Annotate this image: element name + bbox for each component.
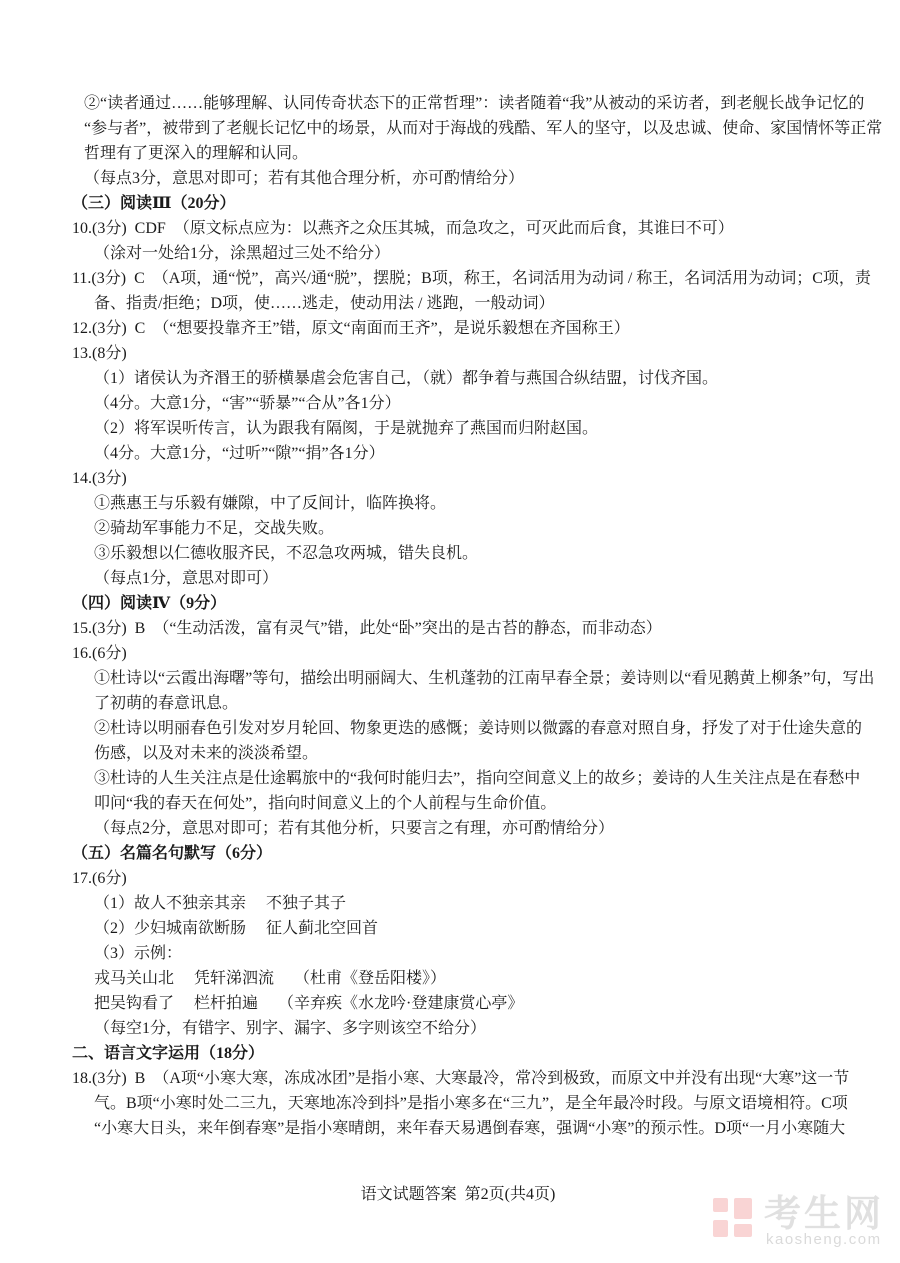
text-line: 气。B项“小寒时处二三九，天寒地冻冷到抖”是指小寒多在“三九”，是全年最冷时段。… xyxy=(72,1091,842,1116)
text-line: （2）少妇城南欲断肠 征人蓟北空回首 xyxy=(72,916,842,941)
text-line: （4分。大意1分，“害”“骄暴”“合从”各1分） xyxy=(72,391,842,416)
text-line: ①燕惠王与乐毅有嫌隙，中了反间计，临阵换将。 xyxy=(72,491,842,516)
text-line: 10.(3分) CDF （原文标点应为：以燕齐之众压其城，而急攻之，可灭此而后食… xyxy=(72,216,842,241)
text-line: （每点2分，意思对即可；若有其他分析，只要言之有理，亦可酌情给分） xyxy=(72,816,842,841)
text-line: （1）诸侯认为齐湣王的骄横暴虐会危害自己，（就）都争着与燕国合纵结盟，讨伐齐国。 xyxy=(72,366,842,391)
text-line: “小寒大日头，来年倒春寒”是指小寒晴朗，来年春天易遇倒春寒，强调“小寒”的预示性… xyxy=(72,1116,842,1141)
text-line: ③乐毅想以仁德收服齐民，不忍急攻两城，错失良机。 xyxy=(72,541,842,566)
text-line: 了初萌的春意讯息。 xyxy=(72,691,842,716)
text-line: 15.(3分) B （“生动活泼，富有灵气”错，此处“卧”突出的是古苔的静态，而… xyxy=(72,616,842,641)
text-line: 戎马关山北 凭轩涕泗流 （杜甫《登岳阳楼》） xyxy=(72,966,842,991)
watermark-site-domain: kaosheng.com xyxy=(766,1232,882,1248)
text-line: （三）阅读Ⅲ（20分） xyxy=(72,191,842,216)
watermark-site-name: 考生网 xyxy=(764,1196,884,1232)
text-line: 16.(6分) xyxy=(72,641,842,666)
text-line: “参与者”，被带到了老舰长记忆中的场景，从而对于海战的残酷、军人的坚守，以及忠诚… xyxy=(72,116,842,141)
text-line: （1）故人不独亲其亲 不独子其子 xyxy=(72,891,842,916)
logo-block xyxy=(734,1198,752,1219)
text-line: （五）名篇名句默写（6分） xyxy=(72,841,842,866)
document-lines: ②“读者通过……能够理解、认同传奇状态下的正常哲理”：读者随着“我”从被动的采访… xyxy=(72,91,842,1141)
text-line: （3）示例： xyxy=(72,941,842,966)
text-line: 12.(3分) C （“想要投靠齐王”错，原文“南面而王齐”，是说乐毅想在齐国称… xyxy=(72,316,842,341)
text-line: （2）将军误听传言，认为跟我有隔阂，于是就抛弃了燕国而归附赵国。 xyxy=(72,416,842,441)
text-line: ②骑劫军事能力不足，交战失败。 xyxy=(72,516,842,541)
text-line: 叩问“我的春天在何处”，指向时间意义上的个人前程与生命价值。 xyxy=(72,791,842,816)
text-line: 把吴钩看了 栏杆拍遍 （辛弃疾《水龙吟·登建康赏心亭》 xyxy=(72,991,842,1016)
text-line: 17.(6分) xyxy=(72,866,842,891)
text-line: ③杜诗的人生关注点是仕途羁旅中的“我何时能归去”，指向空间意义上的故乡；姜诗的人… xyxy=(72,766,842,791)
logo-block xyxy=(734,1224,752,1237)
text-line: 伤感，以及对未来的淡淡希望。 xyxy=(72,741,842,766)
text-line: 18.(3分) B （A项“小寒大寒，冻成冰团”是指小寒、大寒最冷，常冷到极致，… xyxy=(72,1066,842,1091)
text-line: 14.(3分) xyxy=(72,466,842,491)
text-line: ①杜诗以“云霞出海曙”等句，描绘出明丽阔大、生机蓬勃的江南早春全景；姜诗则以“看… xyxy=(72,666,842,691)
text-line: 备、指责/拒绝；D项，使……逃走，使动用法 / 逃跑，一般动词） xyxy=(72,291,842,316)
text-line: （四）阅读Ⅳ（9分） xyxy=(72,591,842,616)
text-line: 13.(8分) xyxy=(72,341,842,366)
text-line: （每点1分，意思对即可） xyxy=(72,566,842,591)
watermark: 考生网 kaosheng.com xyxy=(712,1196,887,1252)
text-line: （4分。大意1分，“过听”“隙”“捐”各1分） xyxy=(72,441,842,466)
text-line: ②杜诗以明丽春色引发对岁月轮回、物象更迭的感慨；姜诗则以微露的春意对照自身，抒发… xyxy=(72,716,842,741)
text-line: 哲理有了更深入的理解和认同。 xyxy=(72,141,842,166)
kaosheng-logo-icon xyxy=(712,1196,754,1240)
document-page: ②“读者通过……能够理解、认同传奇状态下的正常哲理”：读者随着“我”从被动的采访… xyxy=(0,0,900,1263)
logo-block xyxy=(713,1220,728,1237)
footer-label: 语文试题答案 第2页(共4页) xyxy=(361,1186,556,1203)
text-line: （每点3分，意思对即可；若有其他合理分析，亦可酌情给分） xyxy=(72,166,842,191)
text-line: 11.(3分) C （A项，通“悦”，高兴/通“脱”，摆脱；B项，称王，名词活用… xyxy=(72,266,842,291)
logo-block xyxy=(713,1198,728,1212)
text-line: 二、语言文字运用（18分） xyxy=(72,1041,842,1066)
text-line: （涂对一处给1分，涂黑超过三处不给分） xyxy=(72,241,842,266)
text-line: ②“读者通过……能够理解、认同传奇状态下的正常哲理”：读者随着“我”从被动的采访… xyxy=(72,91,842,116)
text-line: （每空1分，有错字、别字、漏字、多字则该空不给分） xyxy=(72,1016,842,1041)
